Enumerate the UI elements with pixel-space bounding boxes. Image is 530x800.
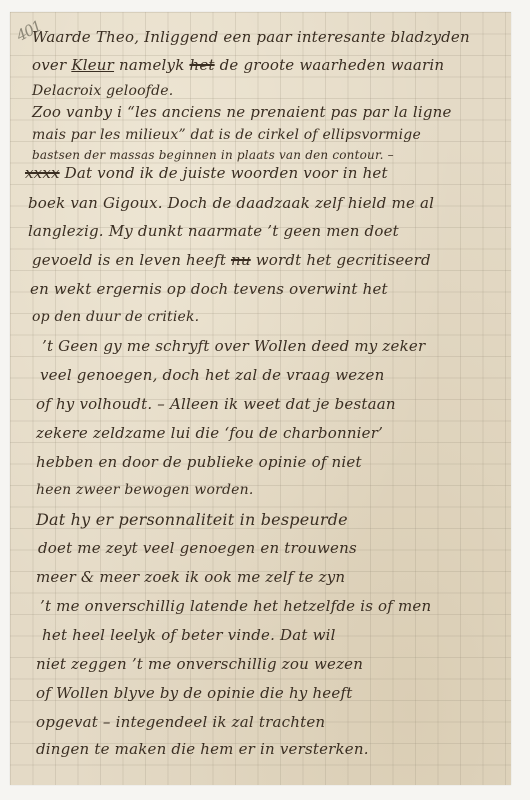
struck-word: nu [231, 251, 251, 269]
handwritten-line: Waarde Theo, Inliggend een paar interesa… [32, 28, 470, 46]
handwritten-line: doet me zeyt veel genoegen en trouwens [38, 539, 357, 557]
handwritten-line: opgevat – integendeel ik zal trachten [36, 713, 325, 731]
handwritten-line: hebben en door de publieke opinie of nie… [36, 453, 362, 471]
handwritten-line: boek van Gigoux. Doch de daadzaak zelf h… [28, 194, 434, 212]
handwritten-line: het heel leelyk of beter vinde. Dat wil [42, 626, 336, 644]
handwritten-line: veel genoegen, doch het zal de vraag wez… [40, 366, 384, 384]
handwritten-line: meer & meer zoek ik ook me zelf te zyn [36, 568, 345, 586]
handwritten-line: langlezig. My dunkt naarmate ’t geen men… [28, 222, 399, 240]
handwritten-line: niet zeggen ’t me onverschillig zou weze… [36, 655, 363, 673]
struck-word: xxxx [25, 164, 60, 182]
struck-word: het [189, 56, 214, 74]
handwritten-line: of hy volhoudt. – Alleen ik weet dat je … [36, 395, 396, 413]
letter-page: 401 Waarde Theo, Inliggend een paar inte… [10, 12, 511, 785]
handwritten-line: ’t Geen gy me schryft over Wollen deed m… [42, 337, 425, 355]
handwritten-line: Delacroix geloofde. [32, 83, 173, 99]
handwritten-line: of Wollen blyve by de opinie die hy heef… [36, 684, 352, 702]
handwritten-line: Dat hy er personnaliteit in bespeurde [36, 510, 348, 529]
handwritten-line: bastsen der massas beginnen in plaats va… [32, 148, 394, 162]
handwritten-line: en wekt ergernis op doch tevens overwint… [30, 280, 388, 298]
handwritten-line: Zoo vanby i “les anciens ne prenaient pa… [32, 103, 452, 121]
handwritten-line: mais par les milieux” dat is de cirkel o… [32, 127, 421, 143]
handwritten-line: gevoeld is en leven heeft nu wordt het g… [32, 251, 431, 269]
handwritten-line: ’t me onverschillig latende het hetzelfd… [40, 597, 431, 615]
handwritten-line: over Kleur namelyk het de groote waarhed… [32, 56, 444, 74]
handwritten-line: heen zweer bewogen worden. [36, 482, 254, 498]
handwritten-line: zekere zeldzame lui die ‘fou de charbonn… [36, 424, 383, 442]
handwritten-line: op den duur de critiek. [32, 309, 199, 325]
handwritten-line: xxxx Dat vond ik de juiste woorden voor … [25, 164, 388, 182]
handwritten-line: dingen te maken die hem er in versterken… [36, 740, 369, 758]
underlined-word: Kleur [71, 56, 114, 74]
